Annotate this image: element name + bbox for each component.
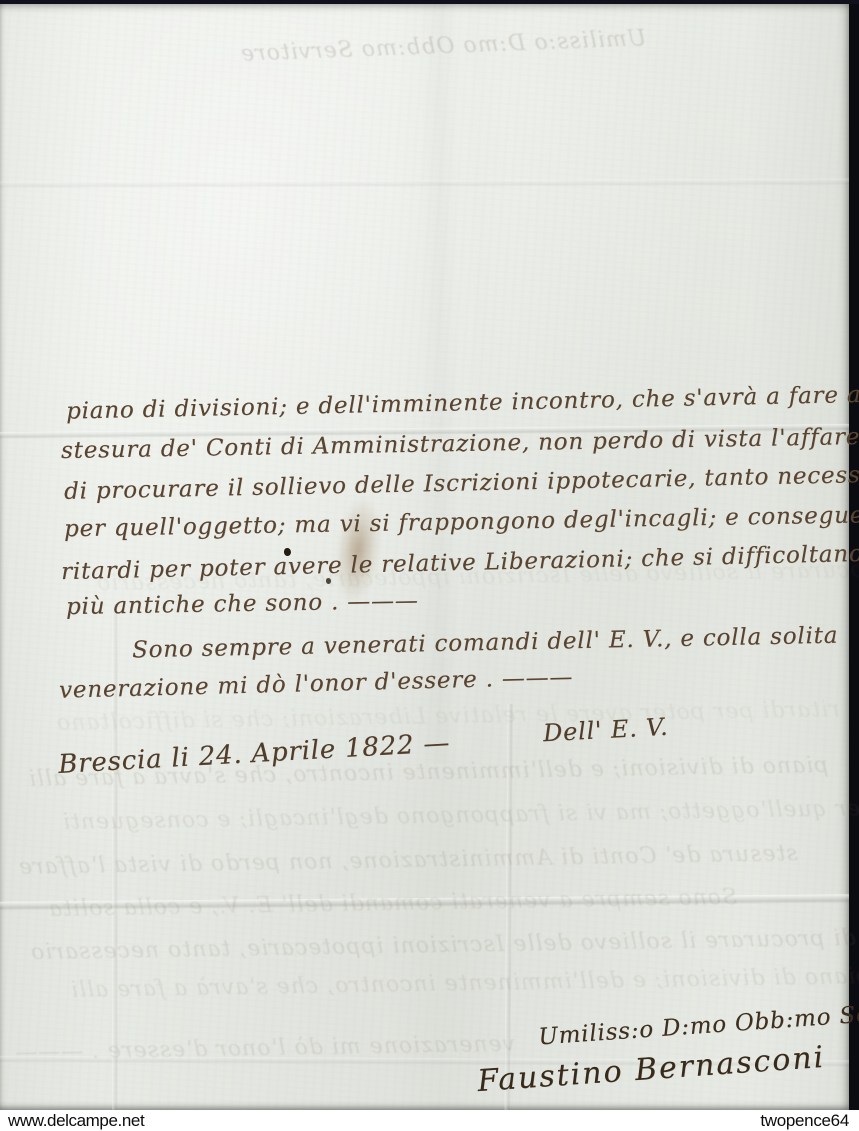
letter-paper: Umiliss:o D:mo Obb:mo Servitore di procu… — [0, 4, 849, 1110]
bleedthrough-line: piano di divisioni; e dell'imminente inc… — [70, 964, 859, 1003]
letter-body-line: Sono sempre a venerati comandi dell' E. … — [132, 623, 839, 664]
letter-body-line: stesura de' Conti di Amministrazione, no… — [61, 424, 859, 464]
watermark-strip: www.delcampe.net twopence64 — [0, 1110, 859, 1131]
letter-body-line: più antiche che sono . ——— — [66, 588, 419, 620]
letter-body-line: per quell'oggetto; ma vi si frappongono … — [64, 502, 859, 543]
signature-name: Faustino Bernasconi — [476, 1040, 826, 1099]
fold-crease-horizontal — [0, 179, 849, 189]
letter-body-line: venerazione mi dò l'onor d'essere . ——— — [59, 664, 574, 703]
fold-crease-horizontal — [0, 894, 849, 910]
letter-dateline: Brescia li 24. Aprile 1822 — — [57, 728, 450, 780]
bleedthrough-line: per quell'oggetto; ma vi si frappongono … — [62, 796, 859, 835]
fold-crease-vertical — [505, 704, 514, 1110]
bleedthrough-line: Umiliss:o D:mo Obb:mo Servitore — [240, 26, 647, 67]
bleedthrough-line: stesura de' Conti di Amministrazione, no… — [18, 841, 798, 880]
bleedthrough-line: di procurare il sollievo delle Iscrizion… — [30, 926, 856, 965]
watermark-seller: twopence64 — [760, 1110, 849, 1131]
letter-body-line: di procurare il sollievo delle Iscrizion… — [64, 461, 859, 505]
bleedthrough-line: venerazione mi dò l'onor d'essere . ——— — [14, 1032, 515, 1066]
watermark-delcampe: www.delcampe.net — [8, 1110, 144, 1131]
letter-body-line: piano di divisioni; e dell'imminente inc… — [66, 381, 859, 424]
letter-body-line: ritardi per poter avere le relative Libe… — [61, 541, 859, 585]
letter-closing: Dell' E. V. — [542, 713, 669, 748]
bleedthrough-line: Sono sempre a venerati comandi dell' E. … — [48, 885, 738, 922]
scanned-letter-page: Umiliss:o D:mo Obb:mo Servitore di procu… — [0, 0, 859, 1131]
